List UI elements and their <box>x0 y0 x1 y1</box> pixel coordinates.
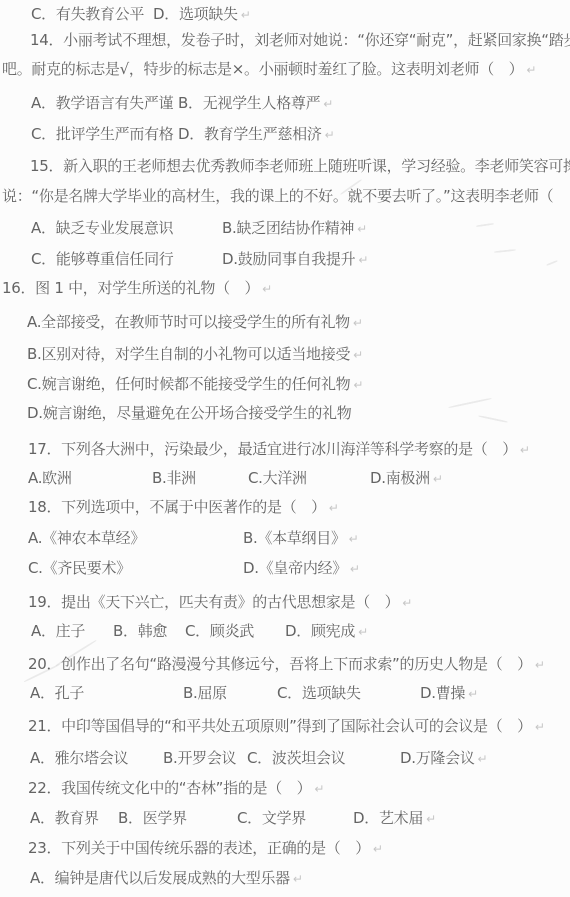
q19-option-c: C．顾炎武 <box>185 621 254 641</box>
option-text: B．韩愈 <box>113 622 167 640</box>
paragraph-mark-icon: ↵ <box>349 532 359 546</box>
option-text: D．教育学生严慈相济 <box>178 125 322 143</box>
q23-option-a: A．编钟是唐代以后发展成熟的大型乐器↵ <box>30 868 303 889</box>
question-stem: 说：“你是名牌大学毕业的高材生，我的课上的不好。就不要去听了。”这表明李老师（ … <box>2 186 570 207</box>
stem-text: 22．我国传统文化中的“杏林”指的是（ ） <box>28 779 311 797</box>
option-text: B.开罗会议 <box>163 749 236 767</box>
stem-text: 23．下列关于中国传统乐器的表述，正确的是（ ） <box>28 839 370 857</box>
option-text: D．艺术届 <box>353 809 423 827</box>
q20-stem: 20．创作出了名句“路漫漫兮其修远兮，吾将上下而求索”的历史人物是（ ）↵ <box>0 654 570 674</box>
q16-option-d: D.婉言谢绝，尽量避免在公开场合接受学生的礼物 <box>27 403 351 423</box>
q15-option-row-cd: C．能够尊重信任同行 D.鼓励同事自我提升↵ <box>0 249 570 269</box>
q16-option-a-row: A.全部接受，在教师节时可以接受学生的所有礼物↵ <box>0 312 570 332</box>
paragraph-mark-icon: ↵ <box>329 501 339 515</box>
q17-option-a: A.欧洲 <box>28 468 72 488</box>
paragraph-mark-icon: ↵ <box>402 596 412 610</box>
paragraph-mark-icon: ↵ <box>535 658 545 672</box>
q14-stem-line1: 14．小丽考试不理想，发卷子时，刘老师对她说：“你还穿“耐克”，赶紧回家换“踏步… <box>0 30 570 50</box>
stem-text: 21．中印等国倡导的“和平共处五项原则”得到了国际社会认可的会议是（ ） <box>28 717 532 735</box>
q21-option-d: D.万隆会议↵ <box>400 748 488 769</box>
stem-text: 16．图 1 中，对学生所送的礼物（ ） <box>2 279 259 297</box>
question-stem: 17．下列各大洲中，污染最少，最适宜进行冰川海洋等科学考察的是（ ）↵ <box>28 439 530 460</box>
option-text: D.鼓励同事自我提升 <box>222 250 355 268</box>
question-stem: 20．创作出了名句“路漫漫兮其修远兮，吾将上下而求索”的历史人物是（ ）↵ <box>28 654 545 675</box>
q16-option-b-row: B.区别对待，对学生自制的小礼物可以适当地接受↵ <box>0 344 570 364</box>
q15-option-a: A．缺乏专业发展意识 <box>31 218 173 238</box>
q22-option-c: C．文学界 <box>237 808 306 828</box>
stem-text: 吧。耐克的标志是√，特步的标志是×。小丽顿时羞红了脸。这表明刘老师（ ） <box>2 60 523 78</box>
option-text: B.区别对待，对学生自制的小礼物可以适当地接受 <box>27 345 350 363</box>
option-text: A．雅尔塔会议 <box>30 749 128 767</box>
paragraph-mark-icon: ↵ <box>358 625 368 639</box>
question-stem: 吧。耐克的标志是√，特步的标志是×。小丽顿时羞红了脸。这表明刘老师（ ）↵ <box>2 59 536 80</box>
option-text: B.非洲 <box>152 469 196 487</box>
q20-option-d: D.曹操↵ <box>420 683 478 704</box>
paragraph-mark-icon: ↵ <box>526 63 536 77</box>
q18-option-c: C.《齐民要术》 <box>28 558 131 578</box>
option-text: B．医学界 <box>118 809 187 827</box>
option-text: C．能够尊重信任同行 <box>31 250 173 268</box>
q15-option-b: B.缺乏团结协作精神↵ <box>222 218 367 239</box>
q20-option-b: B.屈原 <box>183 683 227 703</box>
option-text: D.曹操 <box>420 684 465 702</box>
stem-text: 15．新入职的王老师想去优秀教师李老师班上随班听课，学习经验。李老师笑容可掬地 <box>30 157 570 175</box>
paragraph-mark-icon: ↵ <box>353 348 363 362</box>
q23-option-a-row: A．编钟是唐代以后发展成熟的大型乐器↵ <box>0 868 570 888</box>
q19-option-d: D．顾宪成↵ <box>285 621 368 642</box>
paragraph-mark-icon: ↵ <box>468 687 478 701</box>
q22-option-d: D．艺术届↵ <box>353 808 436 829</box>
q16-option-d-row: D.婉言谢绝，尽量避免在公开场合接受学生的礼物 <box>0 403 570 423</box>
paragraph-mark-icon: ↵ <box>293 872 303 886</box>
question-stem: 19．提出《天下兴亡，匹夫有责》的古代思想家是（ ）↵ <box>28 592 412 613</box>
question-stem: 16．图 1 中，对学生所送的礼物（ ）↵ <box>2 278 272 299</box>
q19-option-row: A．庄子 B．韩愈 C．顾炎武 D．顾宪成↵ <box>0 621 570 641</box>
paragraph-mark-icon: ↵ <box>520 443 530 457</box>
paragraph-mark-icon: ↵ <box>350 562 360 576</box>
q22-option-row: A．教育界 B．医学界 C．文学界 D．艺术届↵ <box>0 808 570 828</box>
option-text: A．缺乏专业发展意识 <box>31 219 173 237</box>
q22-option-a: A．教育界 <box>30 808 99 828</box>
option-text: C．选项缺失 <box>277 684 361 702</box>
option-text: C．批评学生严而有格 <box>31 125 173 143</box>
paragraph-mark-icon: ↵ <box>373 842 383 856</box>
q17-stem: 17．下列各大洲中，污染最少，最适宜进行冰川海洋等科学考察的是（ ）↵ <box>0 439 570 459</box>
paragraph-mark-icon: ↵ <box>262 282 272 296</box>
option-text: B.缺乏团结协作精神 <box>222 219 354 237</box>
q17-option-b: B.非洲 <box>152 468 196 488</box>
stem-text: 17．下列各大洲中，污染最少，最适宜进行冰川海洋等科学考察的是（ ） <box>28 440 517 458</box>
q21-option-row: A．雅尔塔会议 B.开罗会议 C．波茨坦会议 D.万隆会议↵ <box>0 748 570 768</box>
question-stem: 21．中印等国倡导的“和平共处五项原则”得到了国际社会认可的会议是（ ）↵ <box>28 716 545 737</box>
q14-option-a: A．教学语言有失严谨 <box>31 93 173 113</box>
option-text: A.欧洲 <box>28 469 72 487</box>
option-text: D．选项缺失 <box>153 5 238 23</box>
q20-option-row: A．孔子 B.屈原 C．选项缺失 D.曹操↵ <box>0 683 570 703</box>
option-text: D.《皇帝内经》 <box>243 559 347 577</box>
q14-option-row-ab: A．教学语言有失严谨 B．无视学生人格尊严↵ <box>0 93 570 113</box>
paragraph-mark-icon: ↵ <box>353 378 363 392</box>
q15-option-row-ab: A．缺乏专业发展意识 B.缺乏团结协作精神↵ <box>0 218 570 238</box>
question-stem: 14．小丽考试不理想，发卷子时，刘老师对她说：“你还穿“耐克”，赶紧回家换“踏步… <box>30 30 570 50</box>
q20-option-c: C．选项缺失 <box>277 683 361 703</box>
q16-option-b: B.区别对待，对学生自制的小礼物可以适当地接受↵ <box>27 344 363 365</box>
scanned-exam-page: C．有失教育公平 D．选项缺失↵ 14．小丽考试不理想，发卷子时，刘老师对她说：… <box>0 0 570 897</box>
q13-option-c: C．有失教育公平 <box>31 4 144 24</box>
stem-text: 20．创作出了名句“路漫漫兮其修远兮，吾将上下而求索”的历史人物是（ ） <box>28 655 532 673</box>
q17-option-d: D.南极洲↵ <box>370 468 443 489</box>
q18-option-b: B.《本草纲目》↵ <box>243 528 359 549</box>
paragraph-mark-icon: ↵ <box>323 97 333 111</box>
q17-option-row: A.欧洲 B.非洲 C.大洋洲 D.南极洲↵ <box>0 468 570 488</box>
option-text: C．文学界 <box>237 809 306 827</box>
q14-option-d: D．教育学生严慈相济↵ <box>178 124 335 145</box>
option-text: D.婉言谢绝，尽量避免在公开场合接受学生的礼物 <box>27 404 351 422</box>
question-stem: 22．我国传统文化中的“杏林”指的是（ ）↵ <box>28 778 324 799</box>
option-text: C．波茨坦会议 <box>247 749 345 767</box>
q18-option-d: D.《皇帝内经》↵ <box>243 558 360 579</box>
q14-option-row-cd: C．批评学生严而有格 D．教育学生严慈相济↵ <box>0 124 570 144</box>
option-text: D.南极洲 <box>370 469 430 487</box>
option-text: A．教学语言有失严谨 <box>31 94 173 112</box>
q16-stem: 16．图 1 中，对学生所送的礼物（ ）↵ <box>0 278 570 298</box>
option-text: B.《本草纲目》 <box>243 529 346 547</box>
q15-stem-line2: 说：“你是名牌大学毕业的高材生，我的课上的不好。就不要去听了。”这表明李老师（ … <box>0 186 570 206</box>
q15-option-c: C．能够尊重信任同行 <box>31 249 173 269</box>
stem-text: 19．提出《天下兴亡，匹夫有责》的古代思想家是（ ） <box>28 593 399 611</box>
option-text: C．有失教育公平 <box>31 5 144 23</box>
q21-option-b: B.开罗会议 <box>163 748 236 768</box>
q22-option-b: B．医学界 <box>118 808 187 828</box>
option-text: C．顾炎武 <box>185 622 254 640</box>
q19-option-b: B．韩愈 <box>113 621 167 641</box>
q15-option-d: D.鼓励同事自我提升↵ <box>222 249 368 270</box>
paragraph-mark-icon: ↵ <box>433 472 443 486</box>
q15-stem-line1: 15．新入职的王老师想去优秀教师李老师班上随班听课，学习经验。李老师笑容可掬地 <box>0 156 570 176</box>
q13-option-d: D．选项缺失↵ <box>153 4 251 25</box>
option-text: A．教育界 <box>30 809 99 827</box>
option-text: D.万隆会议 <box>400 749 475 767</box>
q21-option-a: A．雅尔塔会议 <box>30 748 128 768</box>
option-text: A．孔子 <box>30 684 84 702</box>
question-stem: 15．新入职的王老师想去优秀教师李老师班上随班听课，学习经验。李老师笑容可掬地 <box>30 156 570 176</box>
option-text: B.屈原 <box>183 684 227 702</box>
option-text: C.大洋洲 <box>248 469 307 487</box>
question-stem: 18．下列选项中，不属于中医著作的是（ ）↵ <box>28 497 339 518</box>
paragraph-mark-icon: ↵ <box>357 222 367 236</box>
option-text: A．编钟是唐代以后发展成熟的大型乐器 <box>30 869 290 887</box>
q13-option-row-cd: C．有失教育公平 D．选项缺失↵ <box>0 4 570 24</box>
option-text: A．庄子 <box>31 622 85 640</box>
q14-stem-line2: 吧。耐克的标志是√，特步的标志是×。小丽顿时羞红了脸。这表明刘老师（ ）↵ <box>0 59 570 79</box>
q19-stem: 19．提出《天下兴亡，匹夫有责》的古代思想家是（ ）↵ <box>0 592 570 612</box>
paragraph-mark-icon: ↵ <box>241 8 251 22</box>
question-stem: 23．下列关于中国传统乐器的表述，正确的是（ ）↵ <box>28 838 383 859</box>
q21-stem: 21．中印等国倡导的“和平共处五项原则”得到了国际社会认可的会议是（ ）↵ <box>0 716 570 736</box>
q21-option-c: C．波茨坦会议 <box>247 748 345 768</box>
q18-stem: 18．下列选项中，不属于中医著作的是（ ）↵ <box>0 497 570 517</box>
q16-option-c-row: C.婉言谢绝，任何时候都不能接受学生的任何礼物↵ <box>0 374 570 394</box>
paragraph-mark-icon: ↵ <box>325 128 335 142</box>
paragraph-mark-icon: ↵ <box>535 720 545 734</box>
option-text: A.《神农本草经》 <box>28 529 145 547</box>
stem-text: 18．下列选项中，不属于中医著作的是（ ） <box>28 498 326 516</box>
paragraph-mark-icon: ↵ <box>478 752 488 766</box>
q14-option-b: B．无视学生人格尊严↵ <box>178 93 333 114</box>
q16-option-a: A.全部接受，在教师节时可以接受学生的所有礼物↵ <box>27 312 363 333</box>
stem-text: 说：“你是名牌大学毕业的高材生，我的课上的不好。就不要去听了。”这表明李老师（ … <box>2 187 570 205</box>
q14-option-c: C．批评学生严而有格 <box>31 124 173 144</box>
paragraph-mark-icon: ↵ <box>353 316 363 330</box>
q16-option-c: C.婉言谢绝，任何时候都不能接受学生的任何礼物↵ <box>27 374 363 395</box>
q23-stem: 23．下列关于中国传统乐器的表述，正确的是（ ）↵ <box>0 838 570 858</box>
q22-stem: 22．我国传统文化中的“杏林”指的是（ ）↵ <box>0 778 570 798</box>
q18-option-row-ab: A.《神农本草经》 B.《本草纲目》↵ <box>0 528 570 548</box>
paragraph-mark-icon: ↵ <box>426 812 436 826</box>
paragraph-mark-icon: ↵ <box>314 782 324 796</box>
q18-option-a: A.《神农本草经》 <box>28 528 145 548</box>
paragraph-mark-icon: ↵ <box>358 253 368 267</box>
q20-option-a: A．孔子 <box>30 683 84 703</box>
q19-option-a: A．庄子 <box>31 621 85 641</box>
option-text: C.婉言谢绝，任何时候都不能接受学生的任何礼物 <box>27 375 350 393</box>
option-text: D．顾宪成 <box>285 622 355 640</box>
stem-text: 14．小丽考试不理想，发卷子时，刘老师对她说：“你还穿“耐克”，赶紧回家换“踏步… <box>30 31 570 49</box>
option-text: A.全部接受，在教师节时可以接受学生的所有礼物 <box>27 313 350 331</box>
option-text: C.《齐民要术》 <box>28 559 131 577</box>
q18-option-row-cd: C.《齐民要术》 D.《皇帝内经》↵ <box>0 558 570 578</box>
option-text: B．无视学生人格尊严 <box>178 94 320 112</box>
q17-option-c: C.大洋洲 <box>248 468 307 488</box>
